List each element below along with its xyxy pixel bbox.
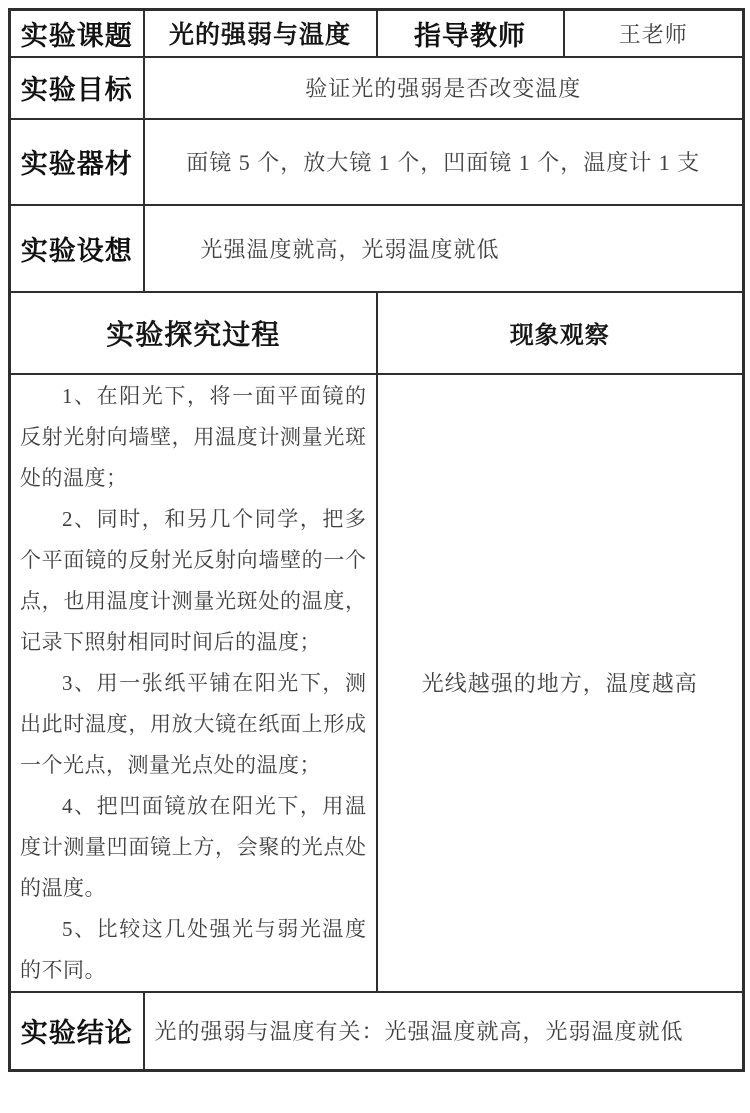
- row-conclusion: 实验结论 光的强弱与温度有关：光强温度就高，光弱温度就低: [10, 992, 744, 1071]
- goal-value: 验证光的强弱是否改变温度: [144, 57, 744, 119]
- observation-value-cell: 光线越强的地方，温度越高: [377, 374, 744, 992]
- row-goal: 实验目标 验证光的强弱是否改变温度: [10, 57, 744, 119]
- topic-value: 光的强弱与温度: [144, 10, 377, 57]
- teacher-label: 指导教师: [377, 10, 564, 57]
- process-section-header: 实验探究过程: [10, 292, 377, 374]
- goal-label: 实验目标: [10, 57, 144, 119]
- observation-section-header: 现象观察: [377, 292, 744, 374]
- row-topic: 实验课题 光的强弱与温度 指导教师 王老师: [10, 10, 744, 57]
- row-materials: 实验器材 面镜 5 个，放大镜 1 个，凹面镜 1 个，温度计 1 支: [10, 119, 744, 205]
- process-step-2: 2、同时，和另几个同学，把多个平面镜的反射光反射向墙壁的一个点，也用温度计测量光…: [20, 499, 367, 663]
- row-section-headers: 实验探究过程 现象观察: [10, 292, 744, 374]
- experiment-record-table: 实验课题 光的强弱与温度 指导教师 王老师 实验目标 验证光的强弱是否改变温度 …: [8, 8, 745, 1072]
- process-step-3: 3、用一张纸平铺在阳光下，测出此时温度，用放大镜在纸面上形成一个光点，测量光点处…: [20, 663, 367, 786]
- hypothesis-label: 实验设想: [10, 205, 144, 292]
- hypothesis-value: 光强温度就高，光弱温度就低: [144, 205, 744, 292]
- process-step-4: 4、把凹面镜放在阳光下，用温度计测量凹面镜上方，会聚的光点处的温度。: [20, 786, 367, 909]
- process-step-5: 5、比较这几处强光与弱光温度的不同。: [20, 909, 367, 991]
- row-body: 1、在阳光下，将一面平面镜的反射光射向墙壁，用温度计测量光斑处的温度； 2、同时…: [10, 374, 744, 992]
- conclusion-label: 实验结论: [10, 992, 144, 1071]
- process-step-1: 1、在阳光下，将一面平面镜的反射光射向墙壁，用温度计测量光斑处的温度；: [20, 376, 367, 499]
- materials-label: 实验器材: [10, 119, 144, 205]
- conclusion-value: 光的强弱与温度有关：光强温度就高，光弱温度就低: [144, 992, 744, 1071]
- process-steps-cell: 1、在阳光下，将一面平面镜的反射光射向墙壁，用温度计测量光斑处的温度； 2、同时…: [10, 374, 377, 992]
- topic-label: 实验课题: [10, 10, 144, 57]
- materials-value: 面镜 5 个，放大镜 1 个，凹面镜 1 个，温度计 1 支: [144, 119, 744, 205]
- teacher-name: 王老师: [564, 10, 744, 57]
- row-hypothesis: 实验设想 光强温度就高，光弱温度就低: [10, 205, 744, 292]
